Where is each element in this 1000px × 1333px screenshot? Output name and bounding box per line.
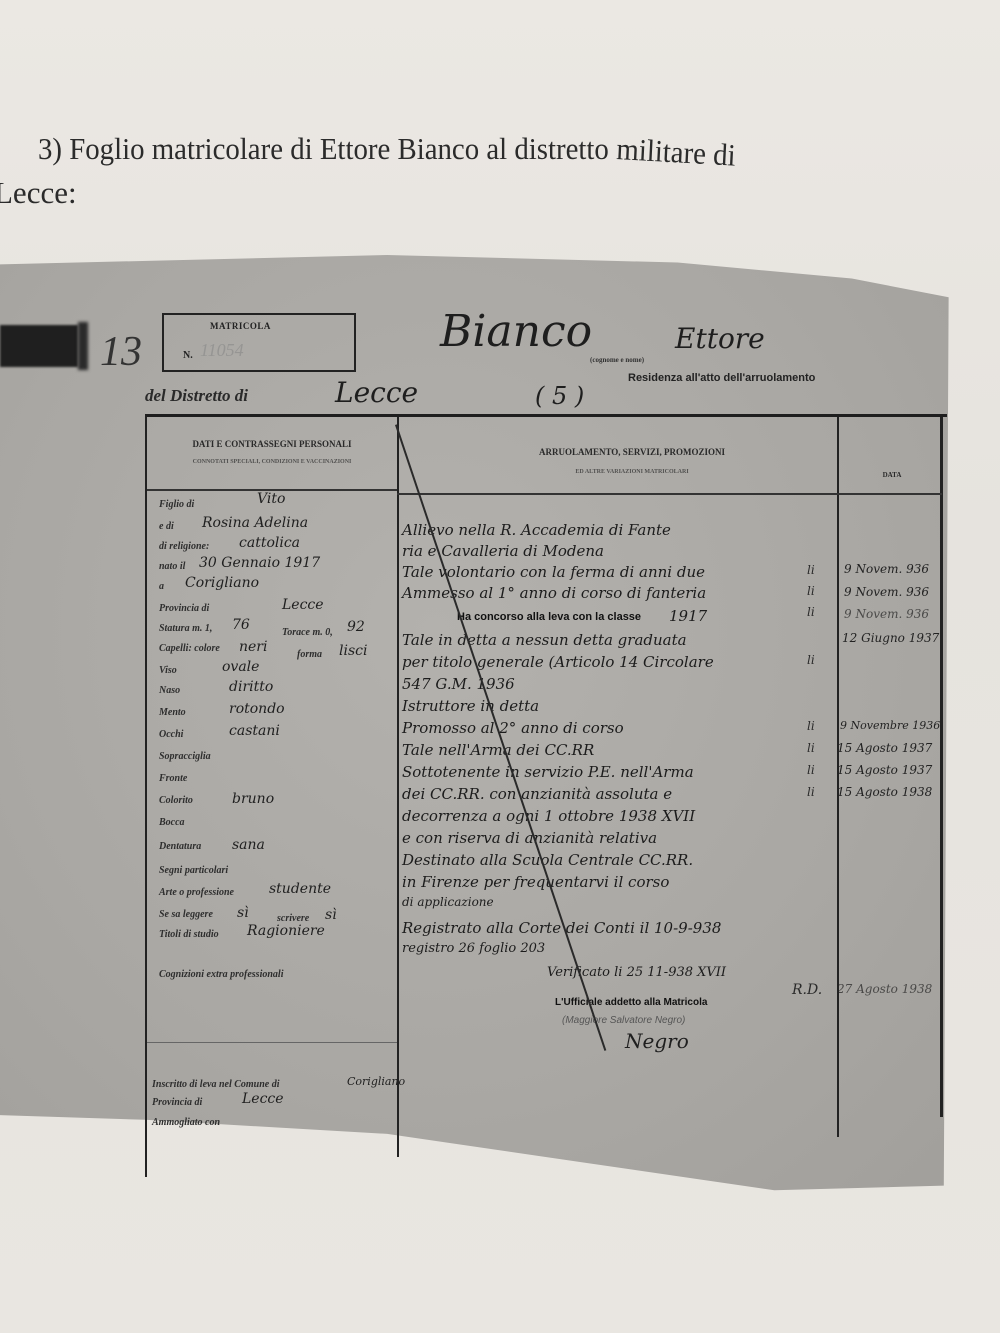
date-entry: 15 Agosto 1938 xyxy=(837,785,932,799)
field-label: Viso xyxy=(159,665,177,676)
service-entry: Promosso al 2° anno di corso xyxy=(402,719,624,737)
service-entry: Tale nell'Arma dei CC.RR xyxy=(402,741,594,759)
field-value: sì xyxy=(325,907,337,923)
field-label: Occhi xyxy=(159,729,183,740)
field-value: sì xyxy=(237,905,249,921)
office-label: L'Ufficiale addetto alla Matricola xyxy=(555,997,707,1008)
name-sublabel: (cognome e nome) xyxy=(590,356,644,364)
field-label: forma xyxy=(297,649,322,660)
service-entry: Verificato li 25 11-938 XVII xyxy=(547,965,726,980)
service-entry: in Firenze per frequentarvi il corso xyxy=(402,873,669,891)
date-entry: 9 Novem. 936 xyxy=(844,562,929,576)
li-mark: li xyxy=(807,763,815,777)
field-label: Mento xyxy=(159,707,186,718)
officer-name: (Maggiore Salvatore Negro) xyxy=(562,1015,685,1026)
divider-date xyxy=(837,417,839,1137)
service-entry: Tale in detta a nessun detta graduata xyxy=(402,631,687,649)
field-label: Capelli: colore xyxy=(159,643,220,654)
date-entry: 15 Agosto 1937 xyxy=(837,763,932,777)
field-value: Corigliano xyxy=(185,575,259,591)
date-entry: 9 Novem. 936 xyxy=(844,607,929,621)
footer-value: Lecce xyxy=(242,1091,284,1107)
service-entry: decorrenza a ogni 1 ottobre 1938 XVII xyxy=(402,807,695,825)
service-entry: Istruttore in detta xyxy=(402,697,539,715)
printed-note-year: 1917 xyxy=(669,607,707,625)
field-label: di religione: xyxy=(159,541,209,552)
field-label: Naso xyxy=(159,685,180,696)
personal-header: DATI E CONTRASSEGNI PERSONALI xyxy=(147,439,397,449)
service-entry: registro 26 foglio 203 xyxy=(402,941,545,956)
matricola-prefix: N. xyxy=(183,350,193,361)
header-rule-right xyxy=(397,493,942,495)
service-entry: e con riserva di anzianità relativa xyxy=(402,829,657,847)
field-label: Torace m. 0, xyxy=(282,627,333,638)
caption-main: 3) Foglio matricolare di Ettore Bianco a… xyxy=(38,131,609,166)
footer-rule xyxy=(147,1042,397,1043)
field-value: Vito xyxy=(257,491,285,507)
divider-personal xyxy=(397,417,399,1157)
redacted-stamp xyxy=(0,325,78,367)
redacted-stamp-edge xyxy=(78,322,88,370)
service-entry: di applicazione xyxy=(402,895,494,909)
matricola-label: MATRICOLA xyxy=(210,321,271,331)
date-entry: 27 Agosto 1938 xyxy=(837,982,932,996)
service-entry: Ammesso al 1° anno di corso di fanteria xyxy=(402,584,706,602)
li-mark: li xyxy=(807,584,815,598)
field-value: 76 xyxy=(232,617,250,633)
footer-value: Corigliano xyxy=(347,1075,405,1088)
field-value: cattolica xyxy=(239,535,300,551)
field-value: sana xyxy=(232,837,265,853)
service-entry: Destinato alla Scuola Centrale CC.RR. xyxy=(402,851,693,869)
date-entry: 12 Giugno 1937 xyxy=(842,631,939,645)
field-label: Segni particolari xyxy=(159,865,228,876)
li-mark: li xyxy=(807,741,815,755)
field-value: bruno xyxy=(232,791,274,807)
field-value: neri xyxy=(239,639,267,655)
field-value: Rosina Adelina xyxy=(202,515,308,531)
field-label: e di xyxy=(159,521,174,532)
distretto-number: ( 5 ) xyxy=(535,382,584,410)
field-label: Titoli di studio xyxy=(159,929,219,940)
service-subheader: ED ALTRE VARIAZIONI MATRICOLARI xyxy=(412,469,852,475)
date-entry: 15 Agosto 1937 xyxy=(837,741,932,755)
matricola-value: 11054 xyxy=(200,340,244,361)
field-label: a xyxy=(159,581,164,592)
record-table: DATI E CONTRASSEGNI PERSONALI CONNOTATI … xyxy=(145,414,947,1177)
surname: Bianco xyxy=(440,306,592,357)
field-label: Statura m. 1, xyxy=(159,623,212,634)
li-mark: li xyxy=(807,785,815,799)
service-entry: dei CC.RR. con anzianità assoluta e xyxy=(402,785,672,803)
field-label: Colorito xyxy=(159,795,193,806)
date-header: DATA xyxy=(847,471,937,479)
field-label: Arte o professione xyxy=(159,887,234,898)
field-label: Cognizioni extra professionali xyxy=(159,969,283,980)
service-entry: per titolo generale (Articolo 14 Circola… xyxy=(402,653,714,671)
field-value: lisci xyxy=(339,643,367,659)
field-label: Se sa leggere xyxy=(159,909,213,920)
sheet-number: 13 xyxy=(100,328,142,376)
distretto-label: del Distretto di xyxy=(145,386,248,406)
signature: Negro xyxy=(625,1029,689,1053)
footer-label: Ammogliato con xyxy=(152,1117,220,1128)
residenza-label: Residenza all'atto dell'arruolamento xyxy=(628,372,815,384)
field-value: rotondo xyxy=(229,701,285,717)
distretto-value: Lecce xyxy=(335,376,418,409)
first-name: Ettore xyxy=(675,322,765,355)
footer-label: Provincia di xyxy=(152,1097,202,1108)
li-mark: li xyxy=(807,605,815,619)
service-entry: Allievo nella R. Accademia di Fante xyxy=(402,521,671,539)
li-mark: li xyxy=(807,563,815,577)
field-value: 30 Gennaio 1917 xyxy=(199,555,320,571)
footer-label: Inscritto di leva nel Comune di xyxy=(152,1079,280,1090)
field-label: Fronte xyxy=(159,773,187,784)
caption-line-1: 3) Foglio matricolare di Ettore Bianco a… xyxy=(38,126,735,172)
caption-line-2: Lecce: xyxy=(0,170,77,216)
service-entry: Sottotenente in servizio P.E. nell'Arma xyxy=(402,763,694,781)
field-value: castani xyxy=(229,723,280,739)
date-entry: 9 Novem. 936 xyxy=(844,585,929,599)
service-header: ARRUOLAMENTO, SERVIZI, PROMOZIONI xyxy=(412,447,852,457)
caption-tail: militare di xyxy=(615,126,736,179)
field-value: Ragioniere xyxy=(247,923,325,939)
li-mark: li xyxy=(807,653,815,667)
rd-mark: R.D. xyxy=(792,982,822,998)
field-label: Bocca xyxy=(159,817,185,828)
field-label: Figlio di xyxy=(159,499,194,510)
field-label: Sopracciglia xyxy=(159,751,211,762)
field-label: Dentatura xyxy=(159,841,201,852)
field-value: diritto xyxy=(229,679,273,695)
field-value: ovale xyxy=(222,659,259,675)
field-label: Provincia di xyxy=(159,603,209,614)
service-entry: 547 G.M. 1936 xyxy=(402,675,515,693)
field-label: nato il xyxy=(159,561,185,572)
field-value: studente xyxy=(269,881,331,897)
printed-note: Ha concorso alla leva con la classe xyxy=(457,611,641,623)
date-entry: 9 Novembre 1936 xyxy=(840,719,940,732)
field-value: Lecce xyxy=(282,597,324,613)
service-entry: ria e Cavalleria di Modena xyxy=(402,542,604,560)
li-mark: li xyxy=(807,719,815,733)
divider-right xyxy=(940,417,943,1117)
field-value: 92 xyxy=(347,619,365,635)
personal-subheader: CONNOTATI SPECIALI, CONDIZIONI E VACCINA… xyxy=(147,459,397,465)
